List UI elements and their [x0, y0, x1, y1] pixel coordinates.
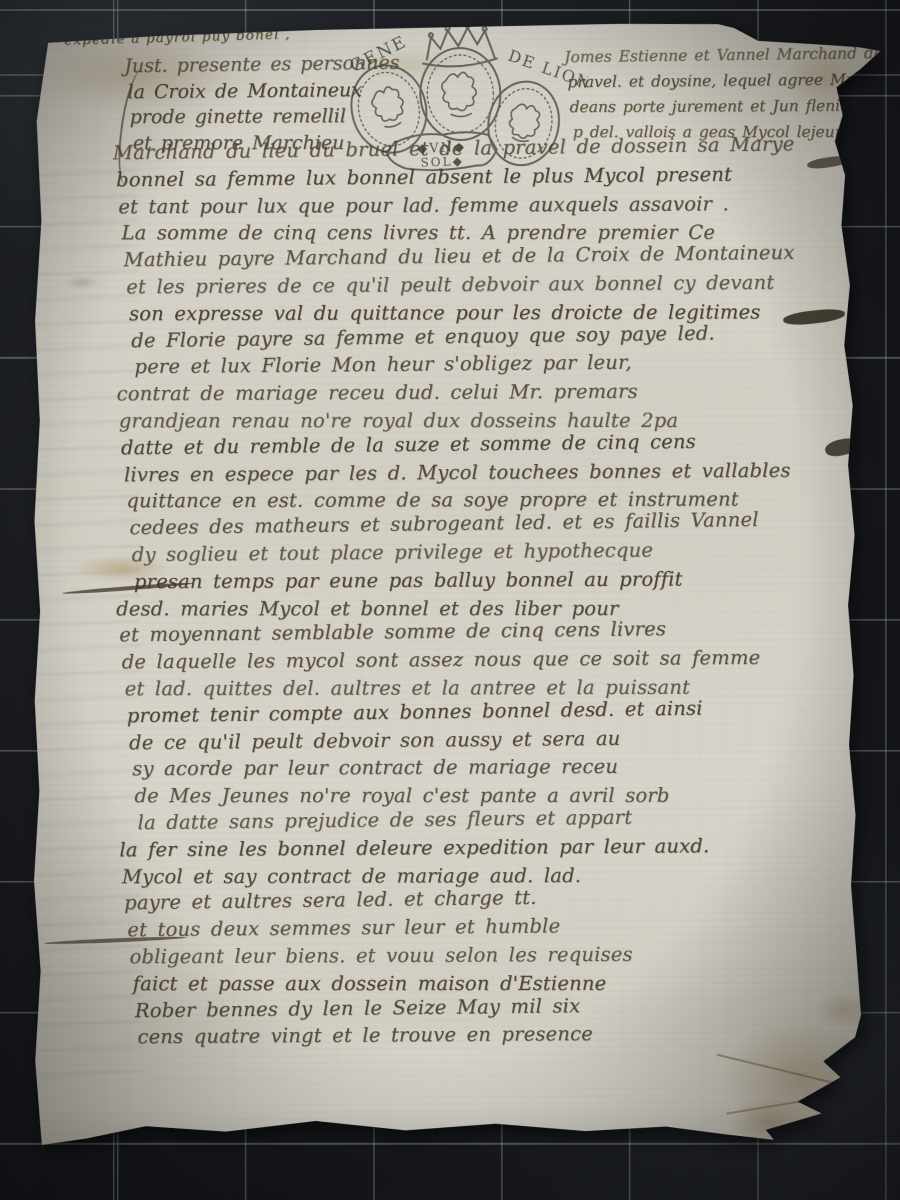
opening-left-line: prode ginette remellil [130, 104, 365, 131]
paper-crease [726, 1095, 835, 1115]
opening-left-line: Just. presente es personnes [125, 51, 365, 80]
body-line: et les prieres de ce qu'il peult debvoir… [126, 269, 856, 301]
body-text-block: Marchand du lieu du bruel et de la prave… [123, 135, 861, 1051]
opening-right-line: deans porte jurement et Jun flenier. [570, 94, 875, 120]
opening-left-line: la Croix de Montaineux [127, 78, 364, 106]
body-line: contrat de mariage receu dud. celui Mr. … [116, 378, 857, 408]
paper-crease [717, 1054, 834, 1084]
body-line: livres en espece par les d. Mycol touche… [124, 457, 857, 489]
paper-sheet: GENE DE LION ◆VN◆ SOL◆ expedie a payrol … [18, 15, 892, 1173]
header-annotation: expedie a payrol puy bonel , [64, 26, 291, 48]
opening-right-line: pravel. et doysine, lequel agree Mr [567, 67, 874, 95]
body-line: et tous deux semmes sur leur et humble [127, 911, 860, 944]
body-line: et tant pour lux que pour lad. femme aux… [118, 190, 855, 220]
body-line: obligeant leur biens. et vouu selon les … [130, 941, 861, 971]
body-line: la fer sine les bonnel deleure expeditio… [119, 832, 860, 864]
body-line: sy acorde par leur contract de mariage r… [132, 753, 859, 783]
opening-lines-right: Jomes Estienne et Vannel Marchand deprav… [574, 43, 875, 145]
body-line: bonnel sa femme lux bonnel absent le plu… [116, 160, 855, 194]
body-line: presan temps par eune pas balluy bonnel … [134, 565, 858, 595]
manuscript-page: GENE DE LION ◆VN◆ SOL◆ expedie a payrol … [18, 15, 892, 1173]
photo-of-manuscript: GENE DE LION ◆VN◆ SOL◆ expedie a payrol … [0, 0, 900, 1200]
tile-grout-line [0, 9, 900, 11]
body-line: de laquelle les mycol sont assez nous qu… [122, 644, 859, 676]
body-line: dy soglieu et tout place privilege et hy… [132, 536, 858, 569]
opening-right-line: Jomes Estienne et Vannel Marchand de [564, 41, 874, 70]
body-line: cens quatre vingt et le trouve en presen… [137, 1019, 861, 1051]
body-line: pere et lux Florie Mon heur s'obligez pa… [134, 348, 857, 381]
